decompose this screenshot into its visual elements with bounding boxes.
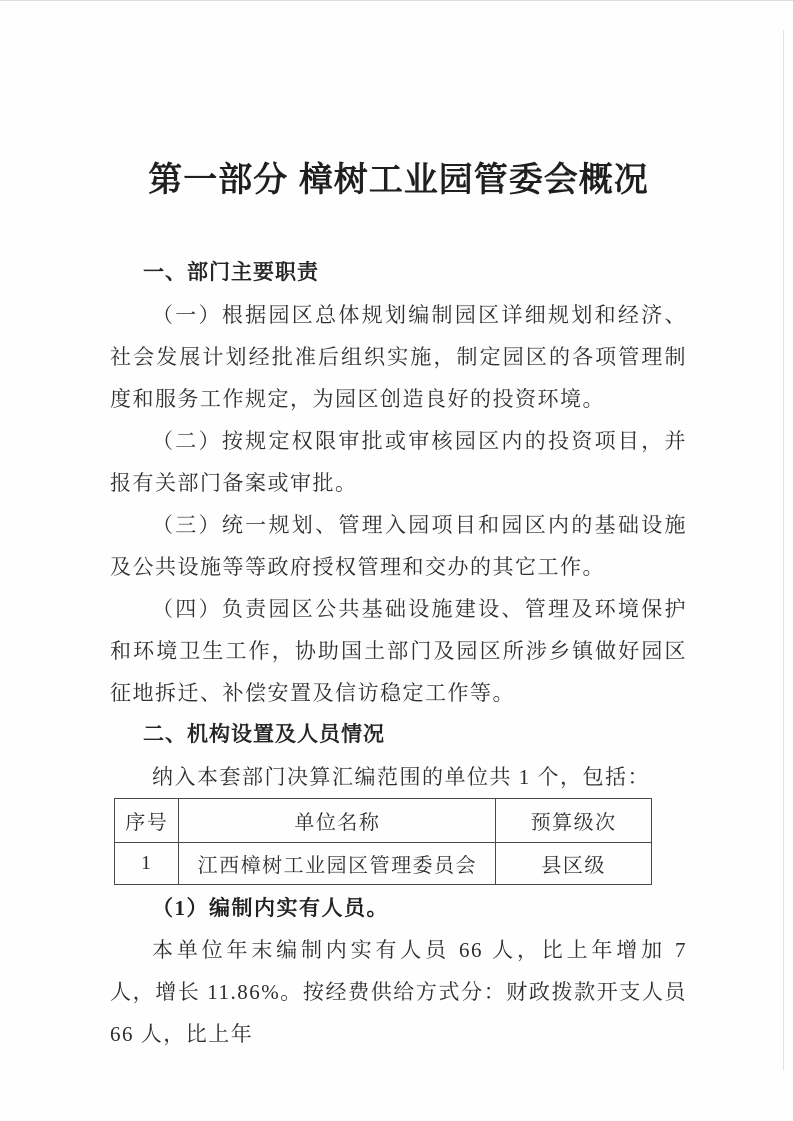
unit-row-level: 县区级 [496, 843, 652, 885]
section-heading-organization: 二、机构设置及人员情况 [110, 714, 687, 756]
unit-table: 序号 单位名称 预算级次 1 江西樟树工业园区管理委员会 县区级 [114, 798, 652, 885]
duties-paragraph-3: （三）统一规划、管理入园项目和园区内的基础设施及公共设施等等政府授权管理和交办的… [110, 504, 687, 588]
organization-intro: 纳入本套部门决算汇编范围的单位共 1 个，包括： [110, 756, 687, 798]
duties-paragraph-1: （一）根据园区总体规划编制园区详细规划和经济、社会发展计划经批准后组织实施，制定… [110, 294, 687, 420]
duties-paragraph-4: （四）负责园区公共基础设施建设、管理及环境保护和环境卫生工作，协助国土部门及园区… [110, 588, 687, 714]
unit-table-header-level: 预算级次 [496, 799, 652, 843]
scan-artifact-top-edge [0, 0, 793, 1]
document-title: 第一部分 樟树工业园管委会概况 [110, 160, 687, 200]
duties-paragraph-2: （二）按规定权限审批或审核园区内的投资项目，并报有关部门备案或审批。 [110, 420, 687, 504]
unit-table-header-name: 单位名称 [179, 799, 496, 843]
unit-row-index: 1 [115, 843, 179, 885]
unit-table-header-index: 序号 [115, 799, 179, 843]
scan-artifact-right-edge [783, 30, 784, 1070]
unit-row-name: 江西樟树工业园区管理委员会 [179, 843, 496, 885]
section-heading-duties: 一、部门主要职责 [110, 252, 687, 294]
document-content: 第一部分 樟树工业园管委会概况 一、部门主要职责 （一）根据园区总体规划编制园区… [110, 160, 687, 1055]
unit-table-header-row: 序号 单位名称 预算级次 [115, 799, 652, 843]
scanned-document-page: 第一部分 樟树工业园管委会概况 一、部门主要职责 （一）根据园区总体规划编制园区… [0, 0, 793, 1121]
unit-table-row: 1 江西樟树工业园区管理委员会 县区级 [115, 843, 652, 885]
staffing-subheading: （1）编制内实有人员。 [110, 887, 687, 929]
staffing-paragraph: 本单位年末编制内实有人员 66 人，比上年增加 7 人，增长 11.86%。按经… [110, 929, 687, 1055]
